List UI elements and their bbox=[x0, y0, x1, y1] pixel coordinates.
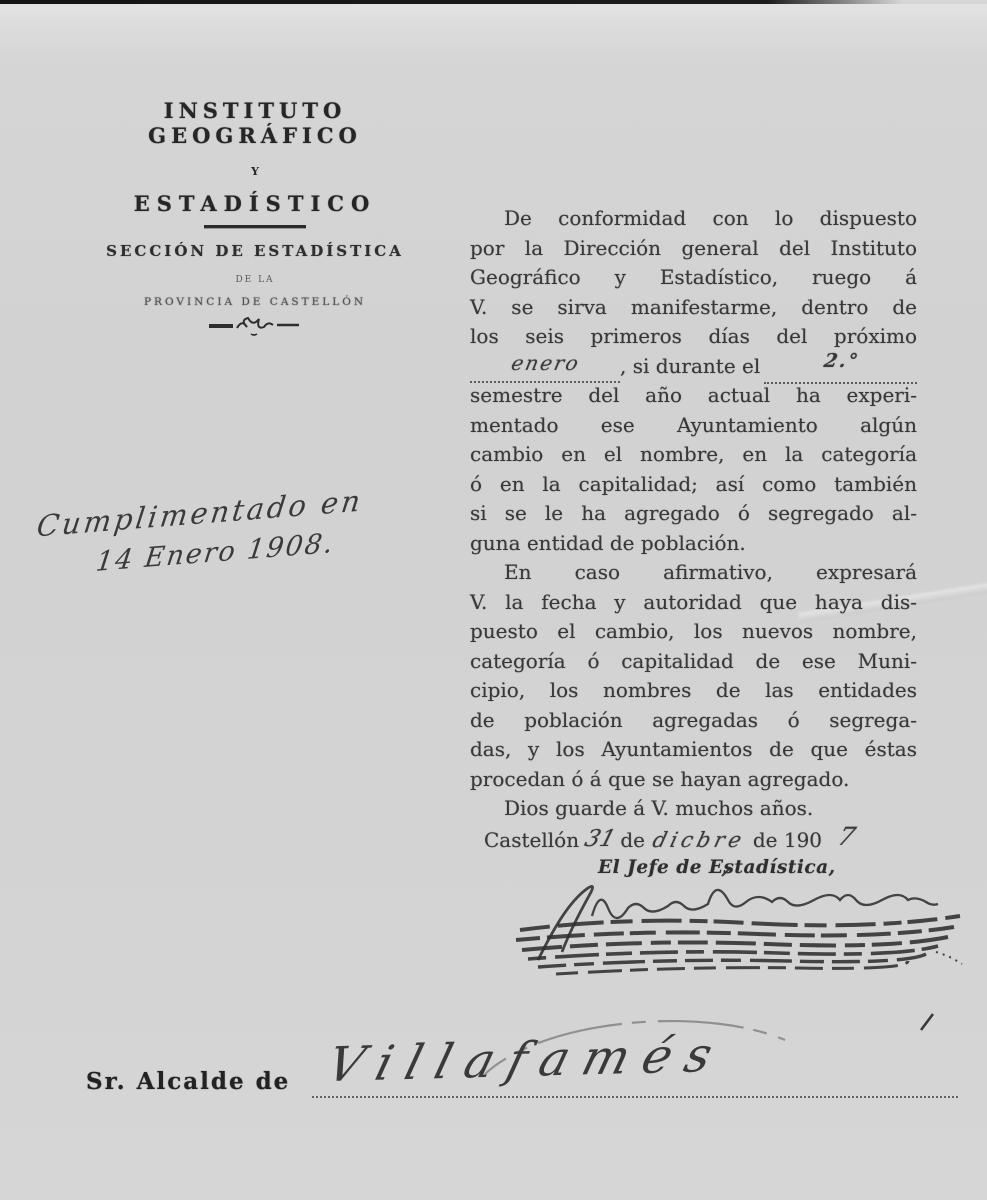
body-line: cipio, los nombres de las entidades bbox=[470, 676, 917, 706]
month-blank-field: enero bbox=[470, 352, 620, 384]
signature-rubric-icon bbox=[508, 860, 970, 985]
fill-in-line: enero , si durante el 2.° bbox=[470, 352, 917, 382]
body-line: categoría ó capitalidad de ese Muni- bbox=[470, 647, 917, 677]
body-line: de población agregadas ó segrega- bbox=[470, 706, 917, 736]
body-line: V. la fecha y autoridad que haya dis- bbox=[470, 588, 917, 618]
body-line: por la Dirección general del Instituto bbox=[470, 234, 917, 264]
body-line: guna entidad de población. bbox=[470, 529, 917, 559]
dateline-de2: de 190 bbox=[753, 826, 822, 856]
body-line: si se le ha agregado ó segregado al- bbox=[470, 499, 917, 529]
printed-mid-text: , si durante el bbox=[620, 352, 760, 382]
body-line: ó en la capitalidad; así como también bbox=[470, 470, 917, 500]
body-line: En caso afirmativo, expresará bbox=[470, 558, 917, 588]
body-line: semestre del año actual ha experi- bbox=[470, 381, 917, 411]
dateline-place: Castellón bbox=[484, 826, 579, 856]
handwritten-day: 31 bbox=[581, 825, 619, 855]
org-name-line2: ESTADÍSTICO bbox=[55, 191, 455, 216]
flourish-icon bbox=[55, 316, 455, 342]
body-line: V. se sirva manifestarme, dentro de bbox=[470, 293, 917, 323]
body-line: cambio en el nombre, en la categoría bbox=[470, 440, 917, 470]
org-name-conjunction: Y bbox=[55, 165, 455, 178]
valediction: Dios guarde á V. muchos años. bbox=[470, 794, 917, 824]
handwritten-month: enero bbox=[508, 349, 582, 379]
of-the-label: DE LA bbox=[55, 275, 455, 285]
handwritten-annotation: Cumplimentado en 14 Enero 1908. bbox=[20, 474, 494, 584]
body-line: procedan ó á que se hayan agregado. bbox=[470, 765, 917, 795]
org-name-line1: INSTITUTO GEOGRÁFICO bbox=[55, 98, 455, 148]
section-title: SECCIÓN DE ESTADÍSTICA bbox=[55, 242, 455, 260]
handwritten-year-digit: 7 bbox=[834, 822, 858, 852]
scanned-letter-page: INSTITUTO GEOGRÁFICO Y ESTADÍSTICO SECCI… bbox=[0, 0, 987, 1200]
body-line: Geográfico y Estadístico, ruego á bbox=[470, 263, 917, 293]
body-line: mentado ese Ayuntamiento algún bbox=[470, 411, 917, 441]
body-line: De conformidad con lo dispuesto bbox=[470, 204, 917, 234]
body-line: das, y los Ayuntamientos de que éstas bbox=[470, 735, 917, 765]
body-line: puesto el cambio, los nuevos nombre, bbox=[470, 617, 917, 647]
dateline-de1: de bbox=[620, 826, 645, 856]
semester-blank-field: 2.° bbox=[764, 352, 917, 385]
letter-body: De conformidad con lo dispuesto por la D… bbox=[470, 204, 917, 882]
dateline: Castellón 31 de dicbre de 190 7 bbox=[470, 824, 917, 854]
handwritten-addressee: Villafamés bbox=[321, 1027, 732, 1093]
paper-light-band bbox=[0, 4, 987, 62]
letterhead-rule bbox=[204, 225, 306, 228]
letterhead: INSTITUTO GEOGRÁFICO Y ESTADÍSTICO SECCI… bbox=[55, 98, 455, 342]
handwritten-month-name: dicbre bbox=[649, 826, 748, 856]
province-label: PROVINCIA DE CASTELLÓN bbox=[55, 296, 455, 308]
handwritten-ordinal: 2.° bbox=[821, 347, 862, 377]
addressee-salutation: Sr. Alcalde de bbox=[86, 1068, 290, 1095]
